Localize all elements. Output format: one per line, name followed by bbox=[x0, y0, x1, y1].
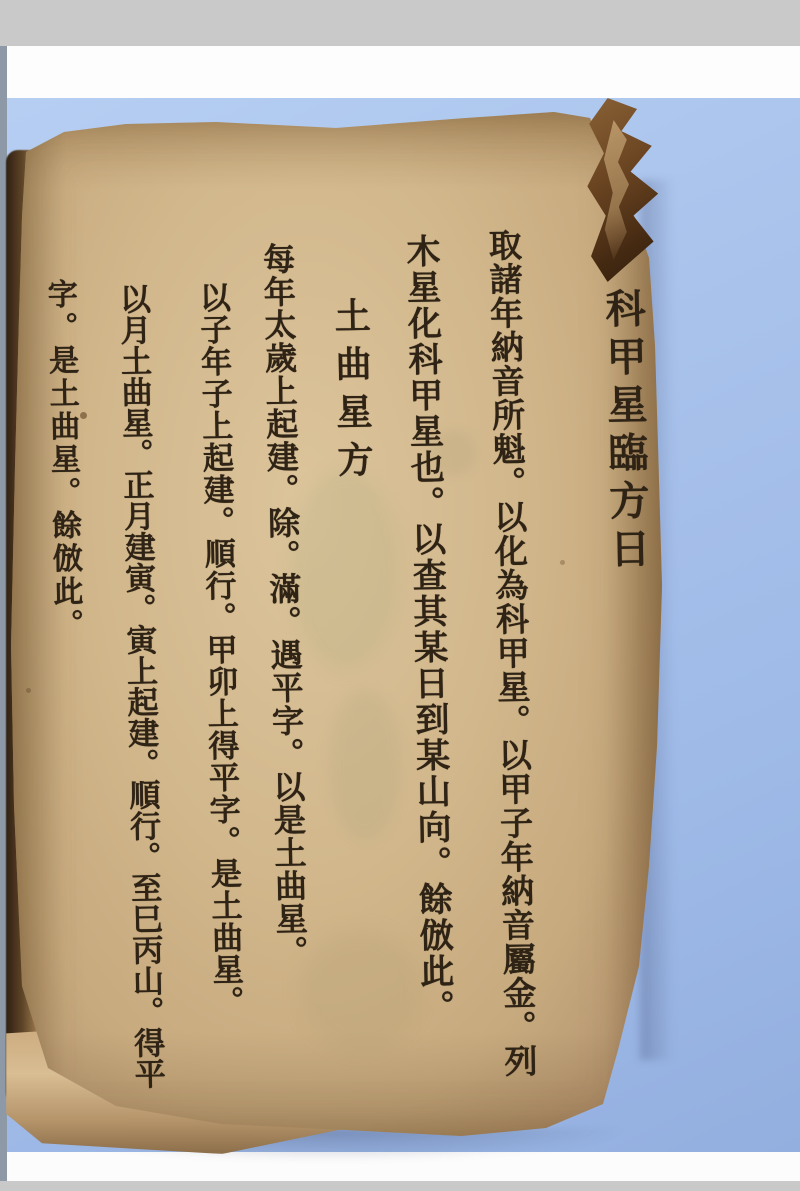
text-column-6: 以月土曲星。正月建寅。寅上起建。順行。至巳丙山。得平 bbox=[116, 283, 162, 1089]
title-column: 科甲星臨方日 bbox=[602, 287, 648, 576]
text-column-4: 每年太歲上起建。除。滿。遇平字。以是土曲星。 bbox=[261, 242, 307, 968]
section-header-column: 土曲星方 bbox=[332, 297, 372, 490]
text-column-7: 字。是土曲星。餘倣此。 bbox=[43, 278, 80, 642]
text-column-1: 取諸年納音所魁。以化為科甲星。以甲子年納音屬金。列 bbox=[487, 228, 536, 1078]
manuscript-photo: 科甲星臨方日 取諸年納音所魁。以化為科甲星。以甲子年納音屬金。列 木星化科甲星也… bbox=[0, 0, 800, 1191]
calligraphy-layer: 科甲星臨方日 取諸年納音所魁。以化為科甲星。以甲子年納音屬金。列 木星化科甲星也… bbox=[0, 0, 800, 1191]
text-column-2: 木星化科甲星也。以查其某日到某山向。餘倣此。 bbox=[403, 233, 452, 1026]
text-column-5: 以子年子上起建。順行。甲卯上得平字。是土曲星。 bbox=[196, 281, 241, 1017]
